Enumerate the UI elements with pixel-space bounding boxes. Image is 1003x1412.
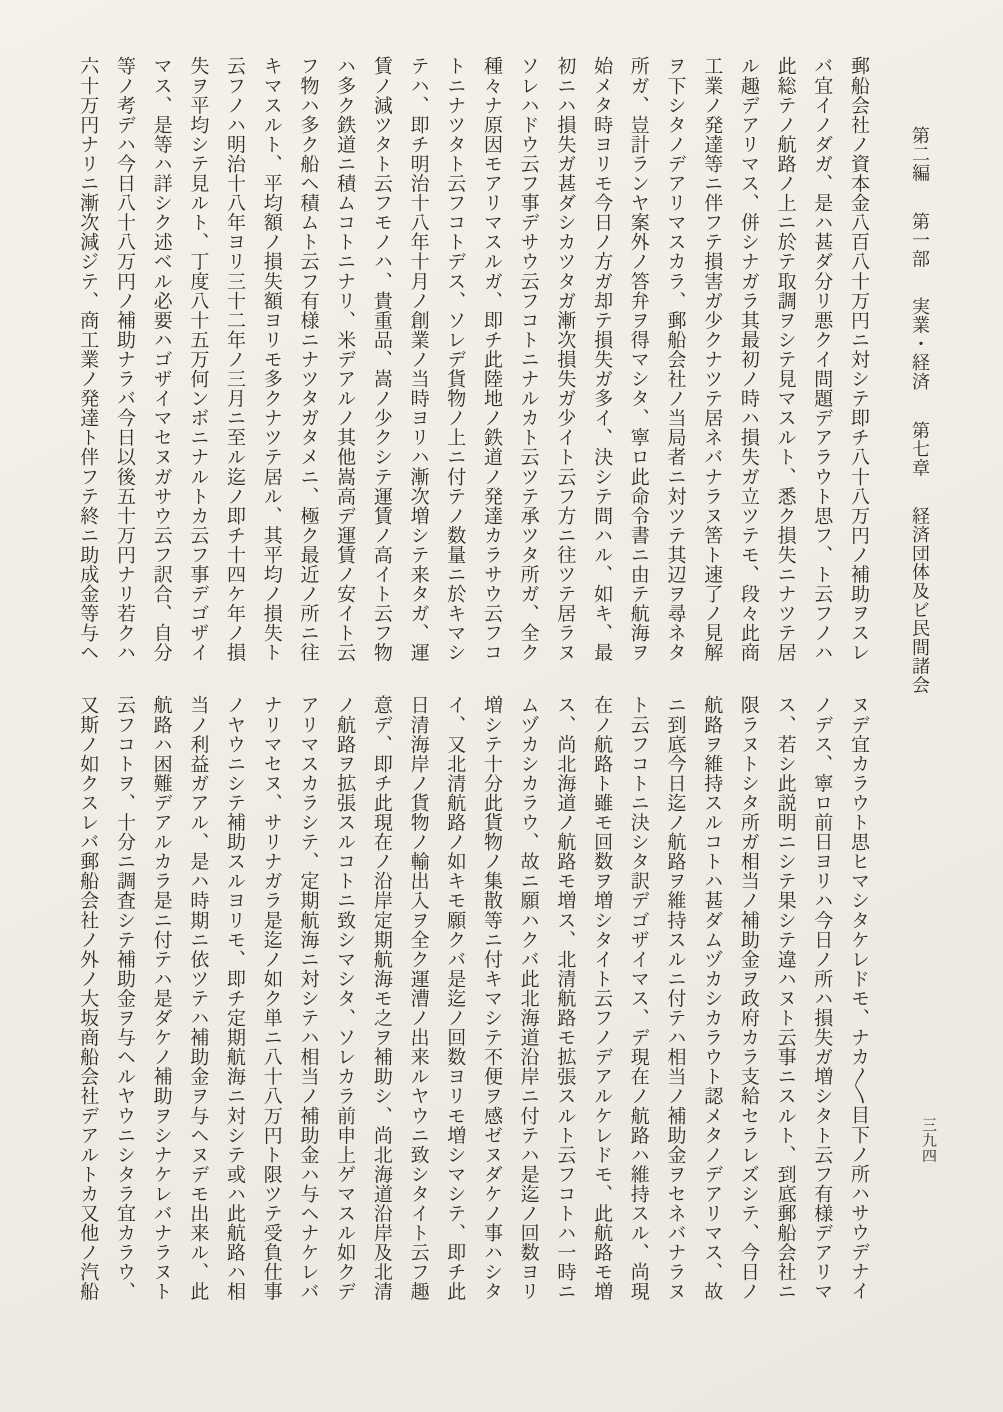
text-block-top: 郵船会社ノ資本金八百八十万円ニ対シテ即チ八十八万円ノ補助ヲスレバ宜イノダガ、是ハ…: [68, 56, 876, 670]
text-column: アリマスカラシテ、定期航海ニ対シテハ相当ノ補助金ハ与ヘナケレバ: [289, 695, 326, 1309]
text-block-bottom: ヌデ宜カラウト思ヒマシタケレドモ、ナカ〱目下ノ所ハサウデナイノデス、寧ロ前日ヨリ…: [68, 695, 876, 1309]
text-column: フ物ハ多ク船ヘ積ムト云フ有様ニナツタガタメニ、極ク最近ノ所ニ往: [289, 56, 326, 670]
text-column: ル趣デアリマス、併シナガラ其最初ノ時ハ損失ガ立ツテモ、段々此商: [729, 56, 766, 670]
text-column: ス、尚北海道ノ航路モ増ス、北清航路モ拡張スルト云フコトハ一時ニ: [546, 695, 583, 1309]
text-column: ト云フコトニ決シタ訳デゴザイマス、デ現在ノ航路ハ維持スル、尚現: [619, 695, 656, 1309]
text-column: 云フコトヲ、十分ニ調査シテ補助金ヲ与ヘルヤウニシタラ宜カラウ、: [105, 695, 142, 1309]
text-column: 所ガ、豈計ランヤ案外ノ答弁ヲ得マシタ、寧ロ此命令書ニ由テ航海ヲ: [619, 56, 656, 670]
text-column: 種々ナ原因モアリマスルガ、即チ此陸地ノ鉄道ノ発達カラサウ云フコ: [472, 56, 509, 670]
text-column: 意デ、即チ此現在ノ沿岸定期航海モ之ヲ補助シ、尚北海道沿岸及北清: [362, 695, 399, 1309]
chapter-header-part-volume: 第二編: [910, 126, 930, 182]
text-column: 郵船会社ノ資本金八百八十万円ニ対シテ即チ八十八万円ノ補助ヲスレ: [839, 56, 876, 670]
chapter-header-part-chapter: 第七章: [910, 421, 930, 477]
text-column: 始メタ時ヨリモ今日ノ方ガ却テ損失ガ多イ、決シテ問ハル、如キ、最: [582, 56, 619, 670]
text-column: ノ航路ヲ拡張スルコトニ致シマシタ、ソレカラ前申上ゲマスル如クデ: [325, 695, 362, 1309]
text-column: 初ニハ損失ガ甚ダシカツタガ漸次損失ガ少イト云フ方ニ往ツテ居ラヌ: [546, 56, 583, 670]
text-column: ノヤウニシテ補助スルヨリモ、即チ定期航海ニ対シテ或ハ此航路ハ相: [215, 695, 252, 1309]
chapter-header: 第二編 第一部 実業・経済 第七章 経済団体及ビ民間諸会: [907, 126, 933, 694]
text-column: 工業ノ発達等ニ伴フテ損害ガ少クナツテ居ネバナラヌ筈ト速了ノ見解: [692, 56, 729, 670]
text-column: 限ラヌトシタ所ガ相当ノ補助金ヲ政府カラ支給セラレズシテ、今日ノ: [729, 695, 766, 1309]
text-column: ムヅカシカラウ、故ニ願ハクバ此北海道沿岸ニ付テハ是迄ノ回数ヨリ: [509, 695, 546, 1309]
text-column: 航路ハ困難デアルカラ是ニ付テハ是ダケノ補助ヲシナケレバナラヌト: [142, 695, 179, 1309]
text-column: 航路ヲ維持スルコトハ甚ダムヅカシカラウト認メタノデアリマス、故: [692, 695, 729, 1309]
text-column: 当ノ利益ガアル、是ハ時期ニ依ツテハ補助金ヲ与ヘヌデモ出来ル、此: [179, 695, 216, 1309]
text-column: 失ヲ平均シテ見ルト、丁度八十五万何ンボニナルトカ云フ事デゴザイ: [179, 56, 216, 670]
text-column: イ、又北清航路ノ如キモ願クバ是迄ノ回数ヨリモ増シマシテ、即チ此: [436, 695, 473, 1309]
chapter-header-part-section: 第一部: [910, 212, 930, 268]
text-column: キマスルト、平均額ノ損失額ヨリモ多クナツテ居ル、其平均ノ損失ト: [252, 56, 289, 670]
text-column: 日清海岸ノ貨物ノ輸出入ヲ全ク運漕ノ出来ルヤウニ致シタイト云フ趣: [399, 695, 436, 1309]
text-column: 増シテ十分此貨物ノ集散等ニ付キマシテ不便ヲ感ゼヌダケノ事ハシタ: [472, 695, 509, 1309]
text-column: ナリマセヌ、サリナガラ是迄ノ如ク単ニ八十八万円ト限ツテ受負仕事: [252, 695, 289, 1309]
text-column: ソレハドウ云フ事デサウ云フコトニナルカト云ツテ承ツタ所ガ、全ク: [509, 56, 546, 670]
text-column: ニ到底今日迄ノ航路ヲ維持スルニ付テハ相当ノ補助金ヲセネバナラヌ: [656, 695, 693, 1309]
text-column: 賃ノ減ツタト云フモノハ、貴重品、嵩ノ少クシテ運賃ノ高イト云フ物: [362, 56, 399, 670]
text-column: 云フノハ明治十八年ヨリ三十二年ノ三月ニ至ル迄ノ即チ十四ケ年ノ損: [215, 56, 252, 670]
text-column: バ宜イノダガ、是ハ甚ダ分リ悪クイ問題デアラウト思フ、ト云フノハ: [803, 56, 840, 670]
page-number: 三九四: [918, 1117, 939, 1164]
text-column: トニナツタト云フコトデス、ソレデ貨物ノ上ニ付テノ数量ニ於キマシ: [436, 56, 473, 670]
text-column: 此総テノ航路ノ上ニ於テ取調ヲシテ見マスルト、悉ク損失ニナツテ居: [766, 56, 803, 670]
text-column: 等ノ考デハ今日八十八万円ノ補助ナラバ今日以後五十万円ナリ若クハ: [105, 56, 142, 670]
chapter-header-part-topic: 実業・経済: [910, 297, 930, 391]
text-column: マス、是等ハ詳シク述ベル必要ハゴザイマセヌガサウ云フ訳合、自分: [142, 56, 179, 670]
text-column: テハ、即チ明治十八年十月ノ創業ノ当時ヨリハ漸次増シテ来タガ、運: [399, 56, 436, 670]
text-column: ヲ下シタノデアリマスカラ、郵船会社ノ当局者ニ対ツテ其辺ヲ尋ネタ: [656, 56, 693, 670]
text-column: ス、若シ此説明ニシテ果シテ違ハヌト云事ニスルト、到底郵船会社ニ: [766, 695, 803, 1309]
book-page: 第二編 第一部 実業・経済 第七章 経済団体及ビ民間諸会 三九四 郵船会社ノ資本…: [0, 0, 1003, 1412]
text-column: 在ノ航路ト雖モ回数ヲ増シタイト云フノデアルケレドモ、此航路モ増: [582, 695, 619, 1309]
text-column: 又斯ノ如クスレバ郵船会社ノ外ノ大坂商船会社デアルトカ又他ノ汽船: [69, 695, 106, 1309]
text-column: ハ多ク鉄道ニ積ムコトニナリ、米デアルノ其他嵩高デ運賃ノ安イト云: [325, 56, 362, 670]
text-column: ノデス、寧ロ前日ヨリハ今日ノ所ハ損失ガ増シタト云フ有様デアリマ: [803, 695, 840, 1309]
chapter-header-part-title: 経済団体及ビ民間諸会: [910, 506, 930, 694]
text-column: 六十万円ナリニ漸次減ジテ、商工業ノ発達ト伴フテ終ニ助成金等与ヘ: [69, 56, 106, 670]
text-column: ヌデ宜カラウト思ヒマシタケレドモ、ナカ〱目下ノ所ハサウデナイ: [839, 695, 876, 1309]
